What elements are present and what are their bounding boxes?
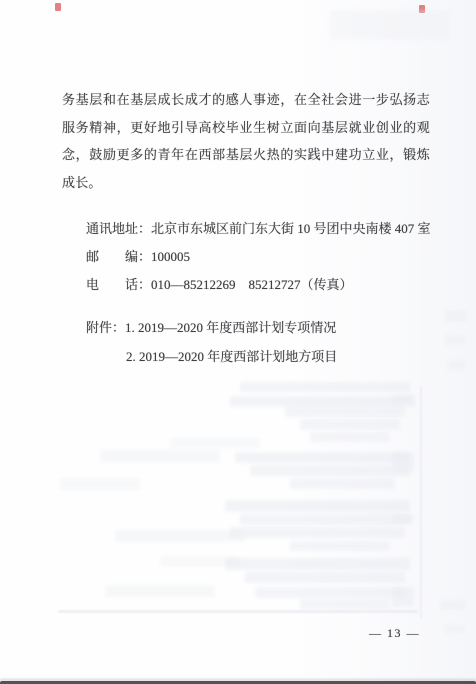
scan-ghost-artifact xyxy=(392,587,414,607)
contact-row-phone: 电 话：010—85212269 85212727（传真） xyxy=(86,271,431,299)
scan-ghost-artifact xyxy=(445,310,467,322)
scan-ghost-line xyxy=(420,386,422,618)
scan-ghost-artifact xyxy=(235,452,410,463)
scan-ghost-artifact xyxy=(290,541,390,551)
scan-ghost-artifact xyxy=(445,335,465,345)
phone-value: 010—85212269 85212727（传真） xyxy=(151,277,353,292)
scan-ghost-artifact xyxy=(240,514,410,525)
scan-ghost-artifact xyxy=(60,478,140,490)
scan-ghost-artifact xyxy=(300,599,390,609)
scan-ghost-artifact xyxy=(225,558,410,570)
scan-ghost-line xyxy=(58,610,418,613)
attachment-label: 附件： xyxy=(86,320,125,335)
scan-ghost-artifact xyxy=(448,360,466,370)
postal-value: 100005 xyxy=(151,249,190,264)
attachment-item: 2. 2019—2020 年度西部计划地方项目 xyxy=(126,349,337,364)
scan-ghost-artifact xyxy=(255,587,405,598)
address-label: 通讯地址： xyxy=(86,221,151,236)
attachment-row: 2. 2019—2020 年度西部计划地方项目 xyxy=(126,343,337,372)
paragraph-line: 成长。 xyxy=(62,169,430,197)
scan-ghost-artifact xyxy=(170,438,260,448)
contact-row-postal: 邮 编：100005 xyxy=(86,243,431,271)
scan-ghost-artifact xyxy=(392,514,414,524)
body-paragraph: 务基层和在基层成长成才的感人事迹，在全社会进一步弘扬志愿 服务精神，更好地引导高… xyxy=(62,86,430,196)
phone-label: 电 话： xyxy=(86,277,151,292)
scan-ghost-artifact xyxy=(245,572,405,583)
scan-ghost-artifact xyxy=(290,478,395,489)
scan-ghost-artifact xyxy=(230,527,405,538)
scan-ghost-artifact xyxy=(440,600,466,610)
scan-ghost-artifact xyxy=(445,625,465,633)
address-value: 北京市东城区前门东大街 10 号团中央南楼 407 室 xyxy=(151,221,431,236)
paragraph-line: 务基层和在基层成长成才的感人事迹，在全社会进一步弘扬志愿 xyxy=(62,86,430,114)
scan-ghost-artifact xyxy=(392,452,414,472)
paragraph-line: 服务精神，更好地引导高校毕业生树立面向基层就业创业的观 xyxy=(62,114,430,142)
attachment-item: 1. 2019—2020 年度西部计划专项情况 xyxy=(125,320,336,335)
scan-ghost-artifact xyxy=(115,530,245,542)
paragraph-line: 念，鼓励更多的青年在西部基层火热的实践中建功立业，锻炼 xyxy=(62,141,430,169)
scan-ghost-artifact xyxy=(105,585,215,597)
scan-ghost-artifact xyxy=(160,556,240,566)
attachment-row: 附件：1. 2019—2020 年度西部计划专项情况 xyxy=(86,314,337,343)
scan-ghost-artifact xyxy=(310,432,390,442)
scan-ghost-artifact xyxy=(100,450,220,462)
scan-ghost-artifact xyxy=(285,406,405,417)
scan-ghost-artifact xyxy=(300,419,400,430)
scan-ghost-artifact xyxy=(240,382,410,392)
contact-block: 通讯地址：北京市东城区前门东大街 10 号团中央南楼 407 室 邮 编：100… xyxy=(86,215,431,299)
scan-ghost-artifact xyxy=(225,500,410,512)
red-scan-mark-left xyxy=(55,3,61,11)
contact-row-address: 通讯地址：北京市东城区前门东大街 10 号团中央南楼 407 室 xyxy=(86,215,431,243)
scan-ghost-artifact xyxy=(392,394,414,404)
attachment-block: 附件：1. 2019—2020 年度西部计划专项情况 2. 2019—2020 … xyxy=(86,314,337,371)
scan-ghost-artifact xyxy=(330,10,450,40)
page-number: — 13 — xyxy=(369,626,420,641)
postal-label: 邮 编： xyxy=(86,249,151,264)
scanned-document-page: 务基层和在基层成长成才的感人事迹，在全社会进一步弘扬志愿 服务精神，更好地引导高… xyxy=(0,0,476,684)
scan-ghost-artifact xyxy=(250,465,410,476)
